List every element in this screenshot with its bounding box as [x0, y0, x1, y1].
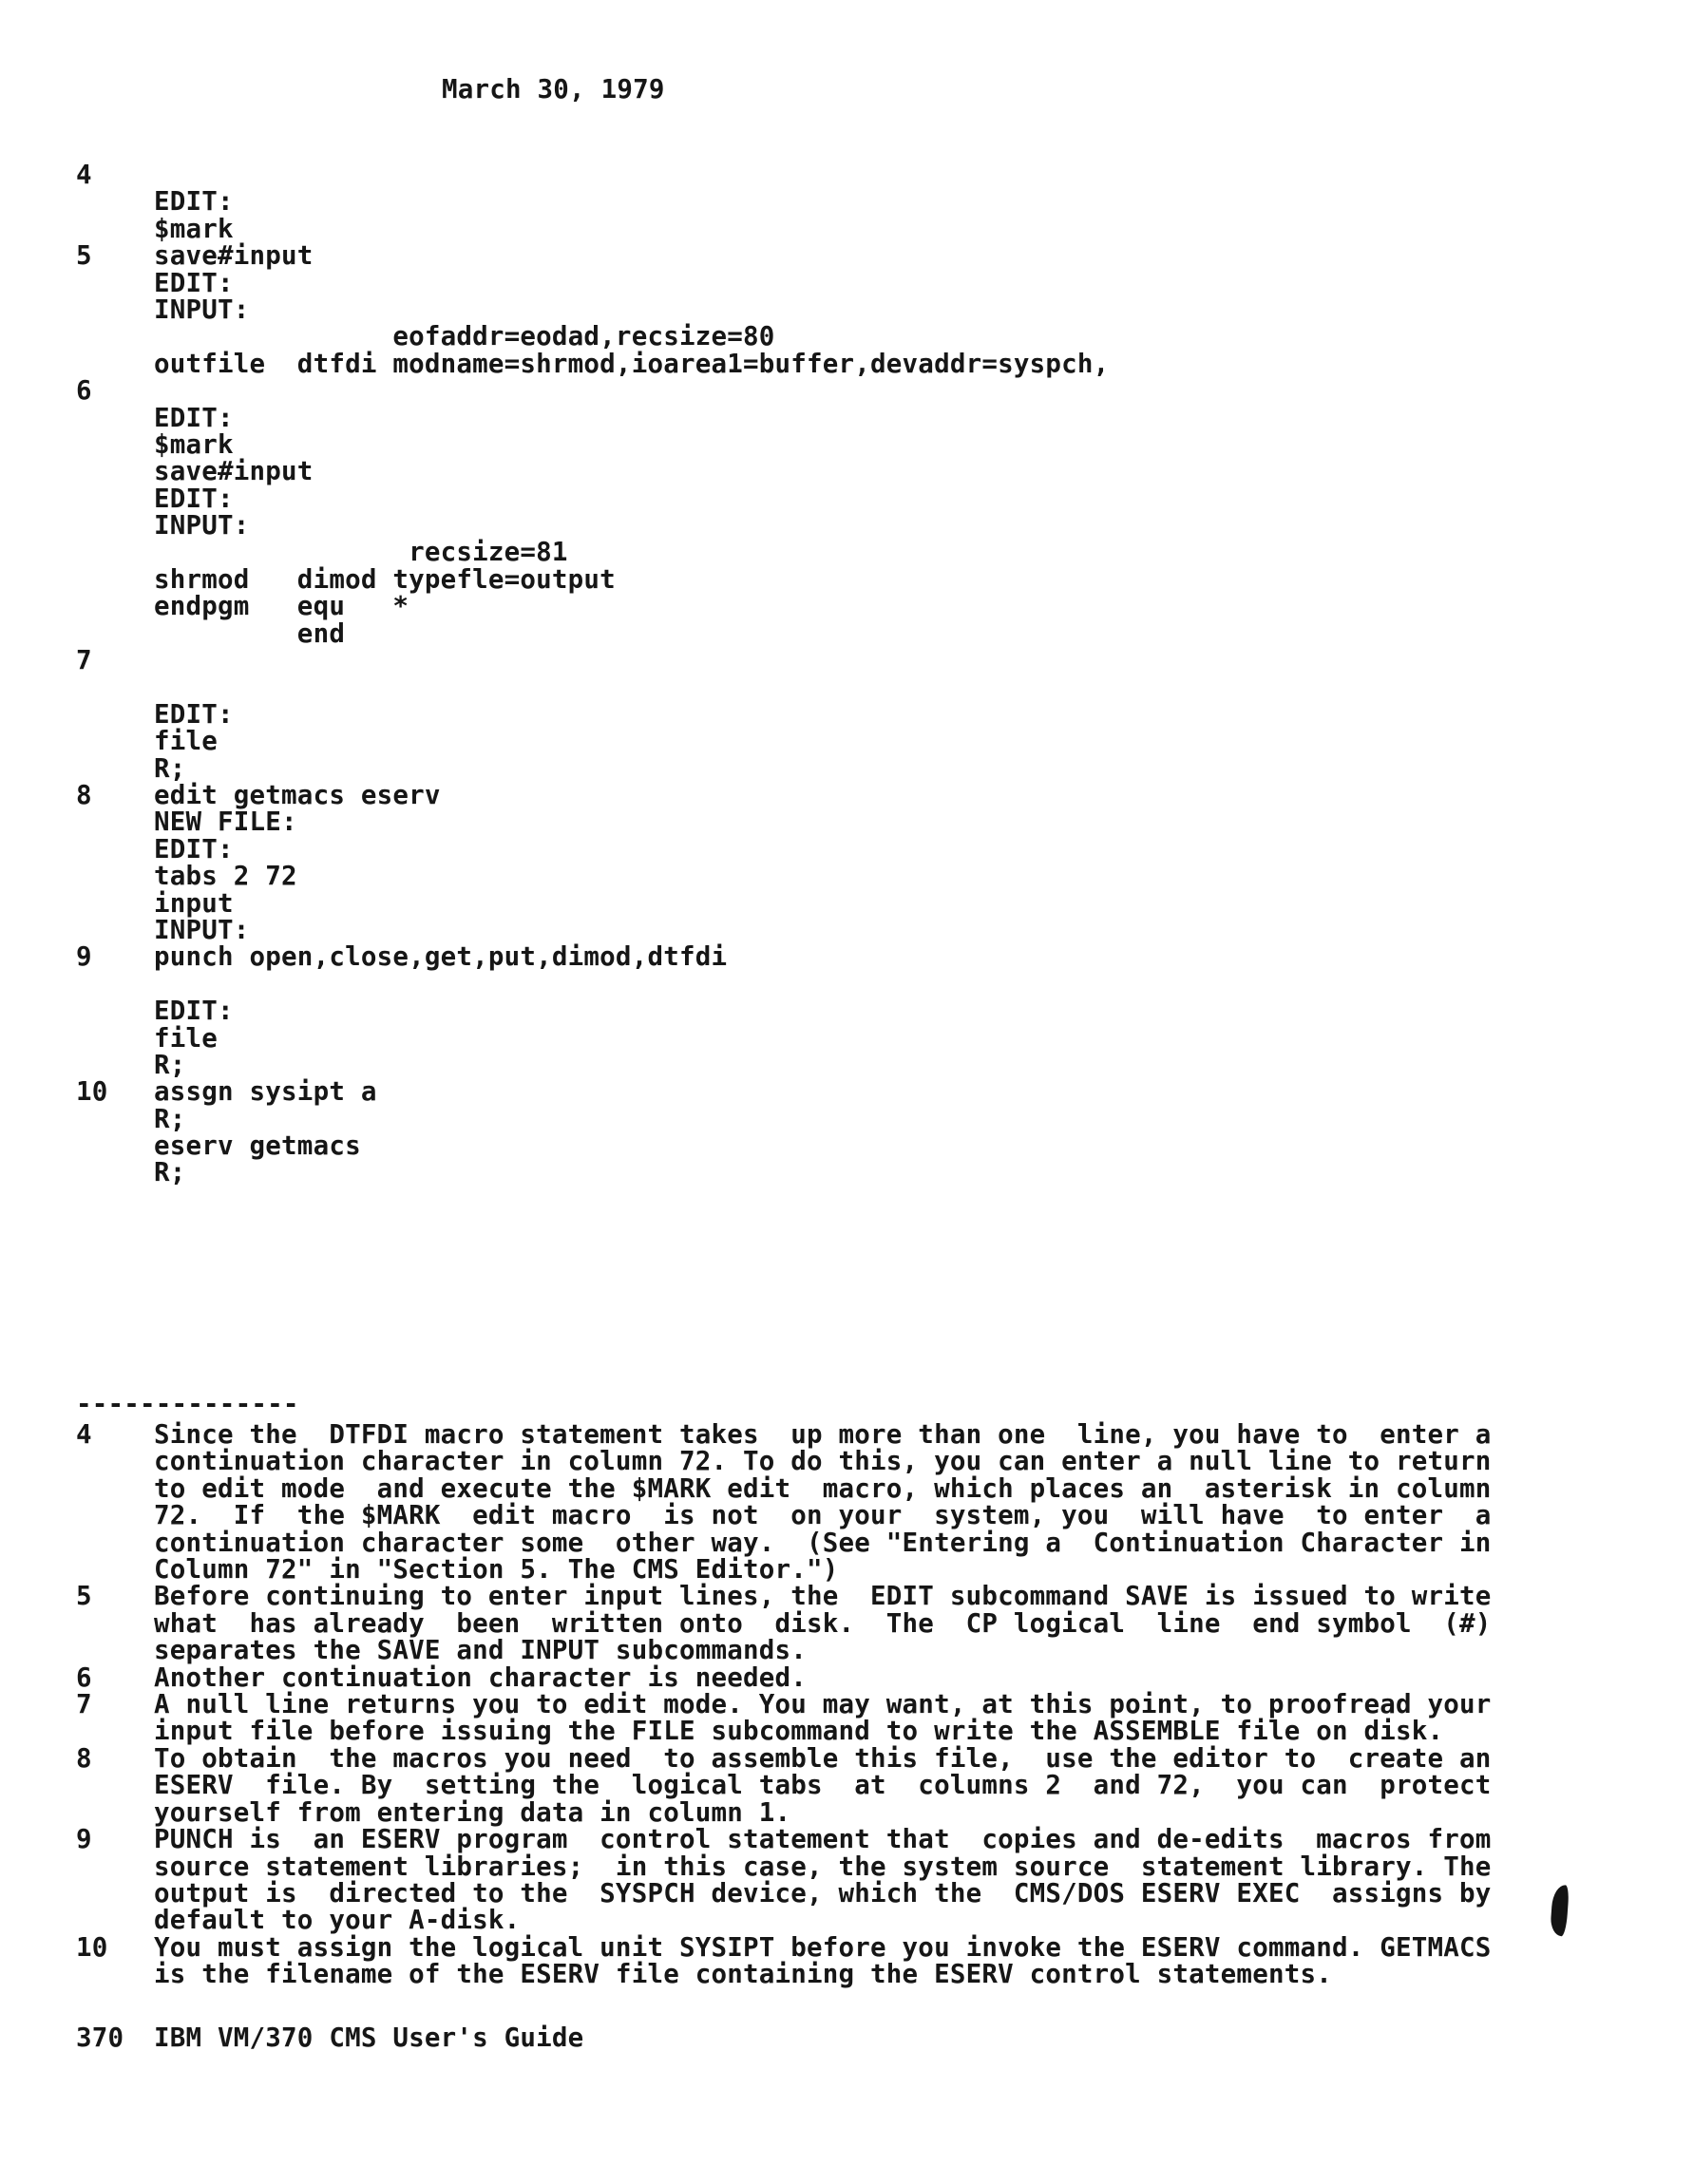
terminal-line-text: edit getmacs eserv	[154, 782, 441, 808]
footnote-number: 6	[76, 1664, 154, 1691]
terminal-line-text: eofaddr=eodad,recsize=80	[154, 323, 775, 350]
terminal-listing-line: 8 edit getmacs eserv	[76, 782, 1109, 808]
callout-number: 8	[76, 782, 154, 808]
terminal-line-text: R;	[154, 1106, 186, 1132]
terminal-line-text: R;	[154, 1159, 186, 1186]
terminal-listing-line: 10 assgn sysipt a	[76, 1078, 1109, 1105]
terminal-line-text: endpgm equ *	[154, 593, 409, 619]
terminal-listing-line: end	[76, 620, 1109, 647]
footnote: 4 Since the DTFDI macro statement takes …	[76, 1421, 1492, 1583]
terminal-listing-line: input	[76, 890, 1109, 917]
footnote-text: Since the DTFDI macro statement takes up…	[154, 1421, 1492, 1583]
footnote-number: 7	[76, 1691, 154, 1718]
terminal-listing-line: eserv getmacs	[76, 1132, 1109, 1159]
terminal-listing-line: EDIT:	[76, 997, 1109, 1024]
terminal-listing-line: R;	[76, 755, 1109, 782]
callout-number: 5	[76, 242, 154, 269]
terminal-listing-line: INPUT:	[76, 917, 1109, 943]
terminal-listing-line: R;	[76, 1106, 1109, 1132]
footnote-number: 5	[76, 1583, 154, 1609]
terminal-listing-line: $mark	[76, 216, 1109, 242]
footnote-separator: --------------	[76, 1391, 299, 1417]
footnote-number: 8	[76, 1745, 154, 1772]
callout-number: 4	[76, 161, 154, 188]
terminal-listing-line: EDIT:	[76, 701, 1109, 728]
terminal-line-text: eserv getmacs	[154, 1132, 361, 1159]
terminal-listing-line: EDIT:	[76, 485, 1109, 512]
terminal-line-text: file	[154, 728, 218, 754]
terminal-line-text: recsize=81	[154, 539, 568, 565]
terminal-listing: 4 EDIT: $mark 5 save#input EDIT: INPUT: …	[76, 161, 1109, 1187]
terminal-listing-line: recsize=81	[76, 539, 1109, 565]
terminal-line-text: R;	[154, 755, 186, 782]
terminal-listing-line: 7	[76, 647, 1109, 674]
scanned-manual-page: March 30, 1979 4 EDIT: $mark 5 save#inpu…	[0, 0, 1694, 2184]
footnote-number: 10	[76, 1934, 154, 1961]
terminal-listing-line: 6	[76, 377, 1109, 404]
terminal-listing-line: EDIT:	[76, 405, 1109, 431]
terminal-line-text: EDIT:	[154, 836, 234, 863]
terminal-line-text: outfile dtfdi modname=shrmod,ioarea1=buf…	[154, 351, 1109, 377]
terminal-listing-line: R;	[76, 1052, 1109, 1078]
terminal-line-text: shrmod dimod typefle=output	[154, 566, 616, 593]
terminal-listing-line: R;	[76, 1159, 1109, 1186]
terminal-line-text: EDIT:	[154, 997, 234, 1024]
terminal-line-text: INPUT:	[154, 512, 250, 539]
terminal-line-text: R;	[154, 1052, 186, 1078]
terminal-listing-line: 4	[76, 161, 1109, 188]
terminal-listing-line: save#input	[76, 458, 1109, 484]
callout-number: 10	[76, 1078, 154, 1105]
footnote: 5 Before continuing to enter input lines…	[76, 1583, 1492, 1663]
terminal-line-text: save#input	[154, 458, 314, 484]
footnote-number: 9	[76, 1826, 154, 1852]
terminal-listing-line	[76, 971, 1109, 997]
terminal-line-text: end	[154, 620, 345, 647]
terminal-listing-line: file	[76, 728, 1109, 754]
terminal-listing-line: eofaddr=eodad,recsize=80	[76, 323, 1109, 350]
footnote-text: A null line returns you to edit mode. Yo…	[154, 1691, 1492, 1745]
terminal-listing-line: file	[76, 1025, 1109, 1052]
terminal-line-text: EDIT:	[154, 270, 234, 296]
terminal-line-text: $mark	[154, 216, 234, 242]
scan-artifact-ink-smudge	[1550, 1884, 1570, 1936]
terminal-listing-line: INPUT:	[76, 296, 1109, 323]
terminal-line-text: EDIT:	[154, 188, 234, 215]
terminal-listing-line: EDIT:	[76, 836, 1109, 863]
terminal-listing-line: outfile dtfdi modname=shrmod,ioarea1=buf…	[76, 351, 1109, 377]
terminal-line-text: NEW FILE:	[154, 808, 297, 835]
callout-number: 9	[76, 943, 154, 970]
terminal-line-text: input	[154, 890, 234, 917]
footnote: 9 PUNCH is an ESERV program control stat…	[76, 1826, 1492, 1934]
terminal-line-text: EDIT:	[154, 405, 234, 431]
footnote-number: 4	[76, 1421, 154, 1448]
footnote: 6 Another continuation character is need…	[76, 1664, 1492, 1691]
callout-number: 6	[76, 377, 154, 404]
terminal-listing-line: EDIT:	[76, 188, 1109, 215]
terminal-line-text: assgn sysipt a	[154, 1078, 377, 1105]
terminal-line-text: EDIT:	[154, 701, 234, 728]
terminal-listing-line: EDIT:	[76, 270, 1109, 296]
terminal-listing-line: $mark	[76, 431, 1109, 458]
terminal-line-text: INPUT:	[154, 917, 250, 943]
footnote: 7 A null line returns you to edit mode. …	[76, 1691, 1492, 1745]
terminal-listing-line: 5 save#input	[76, 242, 1109, 269]
terminal-listing-line	[76, 674, 1109, 700]
footnote-text: To obtain the macros you need to assembl…	[154, 1745, 1492, 1826]
page-date-header: March 30, 1979	[442, 76, 665, 103]
terminal-listing-line: tabs 2 72	[76, 863, 1109, 889]
book-title: IBM VM/370 CMS User's Guide	[154, 2024, 583, 2051]
terminal-listing-line: endpgm equ *	[76, 593, 1109, 619]
terminal-listing-line: shrmod dimod typefle=output	[76, 566, 1109, 593]
callout-number: 7	[76, 647, 154, 674]
page-number: 370	[76, 2024, 154, 2051]
footnote-text: Another continuation character is needed…	[154, 1664, 807, 1691]
terminal-line-text: $mark	[154, 431, 234, 458]
page-footer: 370 IBM VM/370 CMS User's Guide	[76, 2024, 583, 2051]
footnotes-section: 4 Since the DTFDI macro statement takes …	[76, 1421, 1492, 1988]
terminal-listing-line: NEW FILE:	[76, 808, 1109, 835]
terminal-listing-line: INPUT:	[76, 512, 1109, 539]
terminal-line-text: tabs 2 72	[154, 863, 297, 889]
terminal-line-text: punch open,close,get,put,dimod,dtfdi	[154, 943, 727, 970]
terminal-line-text: file	[154, 1025, 218, 1052]
terminal-line-text: INPUT:	[154, 296, 250, 323]
footnote-text: Before continuing to enter input lines, …	[154, 1583, 1492, 1663]
footnote-text: You must assign the logical unit SYSIPT …	[154, 1934, 1492, 1988]
footnote: 10 You must assign the logical unit SYSI…	[76, 1934, 1492, 1988]
footnote-text: PUNCH is an ESERV program control statem…	[154, 1826, 1492, 1934]
terminal-line-text: save#input	[154, 242, 314, 269]
terminal-listing-line: 9 punch open,close,get,put,dimod,dtfdi	[76, 943, 1109, 970]
footnote: 8 To obtain the macros you need to assem…	[76, 1745, 1492, 1826]
terminal-line-text: EDIT:	[154, 485, 234, 512]
